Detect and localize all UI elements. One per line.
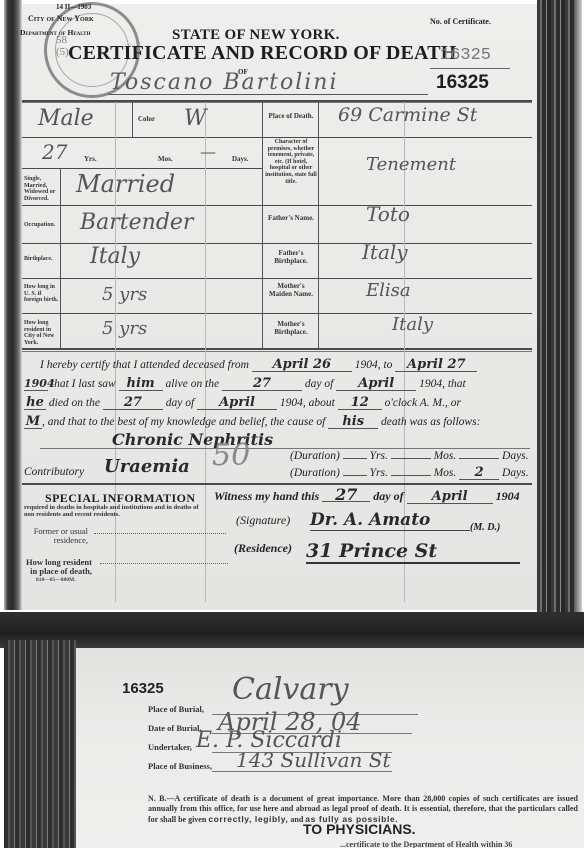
marital-label: Single, Married, Widowed or Divorced. xyxy=(24,176,60,202)
md-label: (M. D.) xyxy=(470,522,500,533)
place-of-burial-label: Place of Burial, xyxy=(148,704,204,714)
fathers-name-label: Father's Name. xyxy=(266,215,316,223)
page-stack-edge xyxy=(4,640,76,848)
how-long-nyc-label: How long resident in City of New York. xyxy=(24,320,60,346)
certificate-number-label: No. of Certificate. xyxy=(430,17,491,26)
cause-pronoun: his xyxy=(328,415,378,429)
age-years-value: 27 xyxy=(42,140,67,164)
character-of-premises-value: Tenement xyxy=(366,154,456,175)
form-code: 810—05—800M. xyxy=(36,577,76,583)
physician-residence: 31 Prince St xyxy=(306,540,520,564)
undertaker-label: Undertaker, xyxy=(148,742,192,752)
died-month: April xyxy=(197,396,277,410)
residence-label: (Residence) xyxy=(234,541,292,556)
certify-line-4: M, and that to the best of my knowledge … xyxy=(24,415,480,429)
burial-certificate-number: 16325 xyxy=(122,680,164,697)
truncated-instruction: ...certificate to the Department of Heal… xyxy=(340,840,512,848)
former-residence-label: Former or usual residence, xyxy=(22,527,88,545)
fathers-name-value: Toto xyxy=(366,202,410,226)
certify-line-1: I hereby certify that I attended decease… xyxy=(40,358,477,372)
duration-line-1: (Duration) Yrs. Mos. Days. xyxy=(290,450,529,462)
birthplace-value: Italy xyxy=(90,244,140,269)
died-day: 27 xyxy=(103,396,163,410)
book-binding xyxy=(537,0,582,640)
died-hour: 12 xyxy=(338,396,382,410)
contributory-duration-days: 2 xyxy=(459,466,499,480)
mothers-maiden-name-label: Mother's Maiden Name. xyxy=(266,283,316,298)
physician-signature: Dr. A. Amato xyxy=(310,510,470,531)
signature-label: (Signature) xyxy=(236,513,290,528)
certificate-title: CERTIFICATE AND RECORD OF DEATH xyxy=(68,42,457,65)
certificate-number: 16325 xyxy=(436,72,489,94)
to-physicians-heading: TO PHYSICIANS. xyxy=(303,821,416,837)
years-label: Yrs. xyxy=(84,156,97,164)
place-of-burial-value: Calvary xyxy=(232,672,349,707)
months-label: Mos. xyxy=(158,156,173,164)
mothers-birthplace-label: Mother's Birthplace. xyxy=(266,321,316,336)
how-long-nyc-value: 5 yrs xyxy=(102,318,147,339)
stamp-date: 14 II—1903 xyxy=(56,3,91,11)
place-of-death-value: 69 Carmine St xyxy=(338,104,477,126)
last-saw-day: 27 xyxy=(222,377,302,391)
occupation-label: Occupation. xyxy=(24,222,60,230)
age-days-value: — xyxy=(200,142,216,161)
date-of-burial-label: Date of Burial, xyxy=(148,723,202,733)
special-information-subtitle: required in deaths in hospitals and inst… xyxy=(24,504,204,518)
last-saw-month: April xyxy=(336,377,416,391)
place-of-business-value: 143 Sullivan St xyxy=(236,748,391,772)
mothers-birthplace-value: Italy xyxy=(392,314,433,335)
fathers-birthplace-value: Italy xyxy=(362,240,408,264)
attended-to: April 27 xyxy=(395,358,477,372)
how-long-resident-field xyxy=(100,563,228,564)
witness-line: Witness my hand this 27 day of April 190… xyxy=(214,488,520,504)
days-label: Days. xyxy=(232,156,249,164)
how-long-us-label: How long in U. S. if foreign birth. xyxy=(24,284,60,304)
fathers-birthplace-label: Father's Birthplace. xyxy=(266,250,316,265)
place-of-business-label: Place of Business, xyxy=(148,761,212,771)
color-label: Color xyxy=(138,116,155,124)
certify-line-3: he died on the 27 day of April 1904, abo… xyxy=(24,396,461,410)
how-long-resident-label: How long resident in place of death, xyxy=(22,558,92,576)
deceased-name: Toscano Bartolini xyxy=(110,70,339,95)
how-long-us-value: 5 yrs xyxy=(102,284,147,305)
sex-value: Male xyxy=(38,106,94,131)
occupation-value: Bartender xyxy=(80,210,193,235)
former-residence-field xyxy=(94,533,226,534)
city-name: City of New York xyxy=(28,14,94,23)
character-of-premises-label: Character of premises, whether tenement,… xyxy=(264,139,318,185)
birthplace-label: Birthplace. xyxy=(24,256,60,264)
scanned-page: 58(5) 14 II—1903 City of New York Depart… xyxy=(0,0,584,848)
died-pronoun: he xyxy=(24,396,46,410)
witness-day: 27 xyxy=(322,488,370,502)
margin-note: 50 xyxy=(212,438,250,473)
last-saw-pronoun: him xyxy=(119,377,163,391)
page-left-edge xyxy=(4,0,22,610)
witness-month: April xyxy=(407,490,493,504)
mothers-maiden-name-value: Elisa xyxy=(366,280,411,301)
stamp-notation: 58(5) xyxy=(56,34,69,58)
marital-value: Married xyxy=(76,170,175,198)
certify-line-2: 1904 that I last saw him alive on the 27… xyxy=(24,377,466,391)
certificate-number-stamped: 16325 xyxy=(440,46,491,65)
department-name: Department of Health xyxy=(20,28,90,37)
color-value: W xyxy=(184,106,207,131)
contributory-cause: Uraemia xyxy=(104,456,190,477)
duration-line-2: (Duration) Yrs. Mos. 2 Days. xyxy=(290,466,529,480)
attended-from: April 26 xyxy=(252,358,352,372)
contributory-label: Contributory xyxy=(24,466,84,478)
page-gutter xyxy=(0,612,584,648)
place-of-death-label: Place of Death. xyxy=(266,113,316,121)
